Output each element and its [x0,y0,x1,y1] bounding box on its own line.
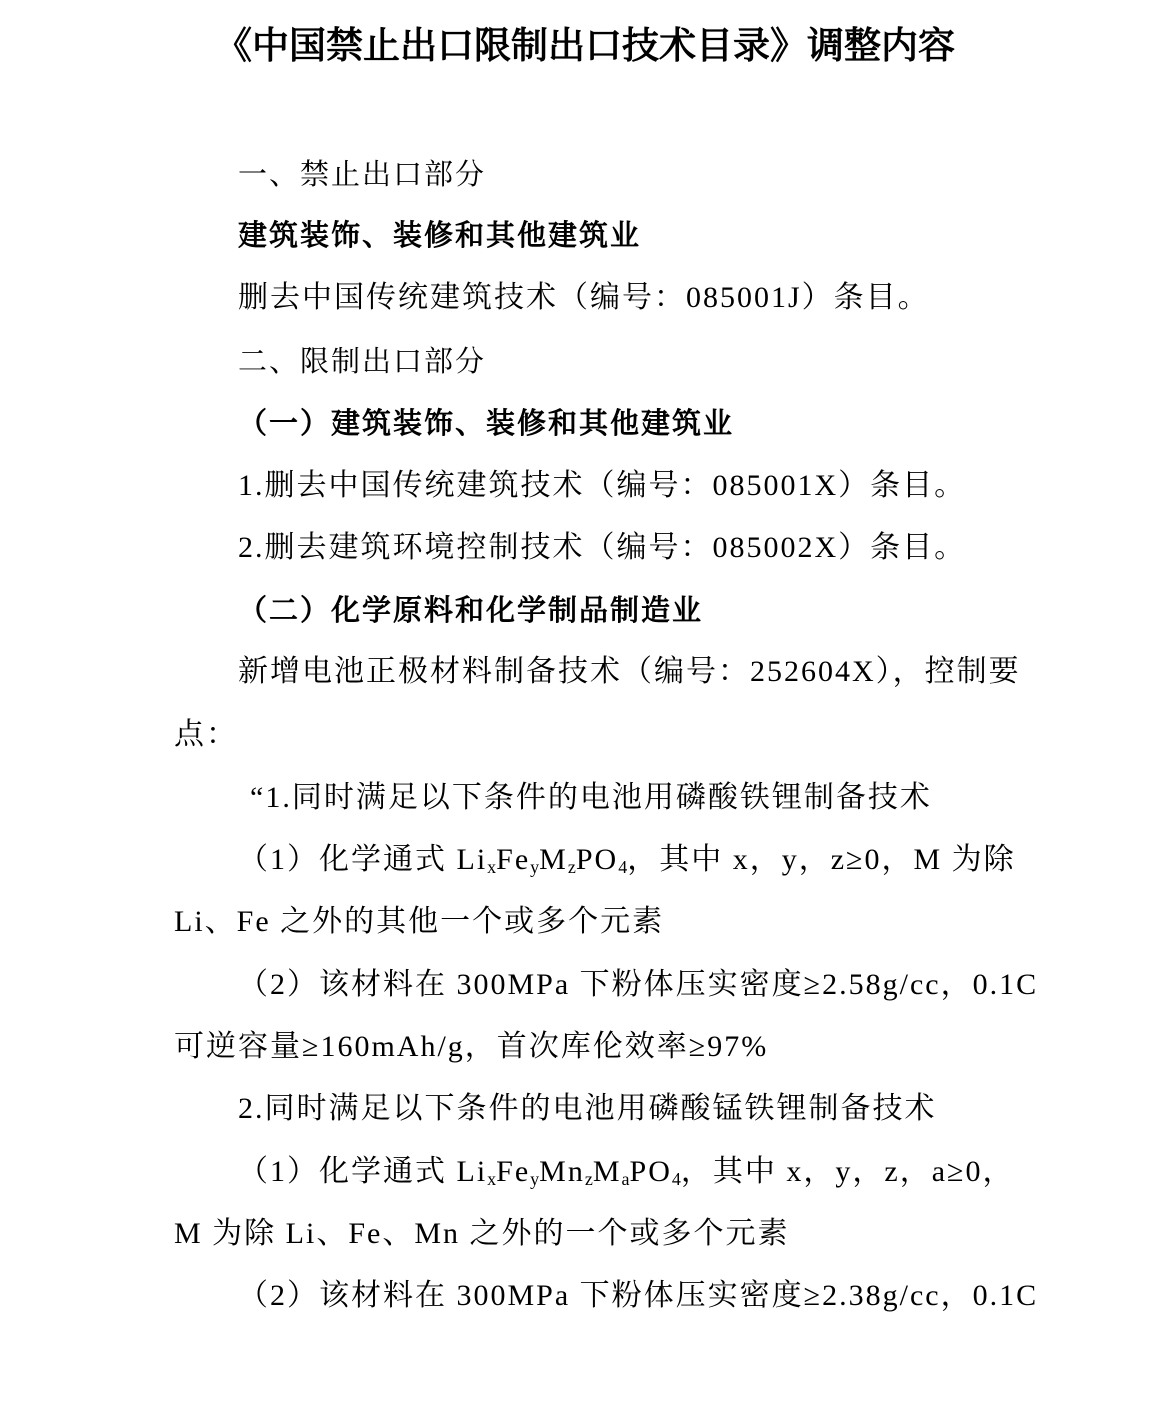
formula-subscript: x [487,857,496,877]
point-1-title: “1.同时满足以下条件的电池用磷酸铁锂制备技术 [250,778,932,818]
section-2-heading: 二、限制出口部分 [238,341,486,381]
section-2-sub1-item-2: 2.删去建筑环境控制技术（编号：085002X）条目。 [238,528,966,568]
formula-subscript: a [622,1169,630,1189]
formula-subscript: z [568,857,576,877]
point-2-condition-1: （1）化学通式 LixFeyMnzMaPO4，其中 x，y，z，a≥0， [238,1152,1015,1192]
formula-subscript: y [530,1169,539,1189]
document-title: 《中国禁止出口限制出口技术目录》调整内容 [0,22,1170,68]
point-1-condition-1-cont: Li、Fe 之外的其他一个或多个元素 [174,902,664,942]
point-1-condition-1: （1）化学通式 LixFeyMzPO4，其中 x，y，z≥0，M 为除 [238,840,1016,880]
section-2-sub1-item-1: 1.删去中国传统建筑技术（编号：085001X）条目。 [238,466,966,506]
point-2-condition-1-cont: M 为除 Li、Fe、Mn 之外的一个或多个元素 [174,1214,790,1254]
section-1-item: 删去中国传统建筑技术（编号：085001J）条目。 [238,278,930,318]
condition-suffix: ，其中 x，y，z≥0，M 为除 [627,843,1015,876]
point-1-condition-2: （2）该材料在 300MPa 下粉体压实密度≥2.58g/cc，0.1C [238,965,1038,1005]
section-1-heading: 一、禁止出口部分 [238,154,486,194]
formula-subscript: 4 [672,1169,681,1189]
chemical-formula: LixFeyMzPO4 [457,843,628,876]
section-2-sub1-heading: （一）建筑装饰、装修和其他建筑业 [238,403,734,443]
section-2-sub2-heading: （二）化学原料和化学制品制造业 [238,590,703,630]
formula-subscript: z [585,1169,593,1189]
sub2-intro-line-1: 新增电池正极材料制备技术（编号：252604X），控制要 [238,652,1021,692]
formula-subscript: y [530,857,539,877]
sub2-intro-line-2: 点： [174,715,238,755]
formula-subscript: 4 [618,857,627,877]
point-2-condition-2: （2）该材料在 300MPa 下粉体压实密度≥2.38g/cc，0.1C [238,1276,1038,1316]
chemical-formula: LixFeyMnzMaPO4 [457,1155,681,1188]
condition-suffix: ，其中 x，y，z，a≥0， [681,1155,1015,1188]
point-1-condition-2-cont: 可逆容量≥160mAh/g，首次库伦效率≥97% [174,1027,768,1067]
section-1-subheading: 建筑装饰、装修和其他建筑业 [238,215,641,255]
condition-prefix: （1）化学通式 [238,1155,457,1188]
point-2-title: 2.同时满足以下条件的电池用磷酸锰铁锂制备技术 [238,1089,937,1129]
condition-prefix: （1）化学通式 [238,843,457,876]
formula-subscript: x [487,1169,496,1189]
